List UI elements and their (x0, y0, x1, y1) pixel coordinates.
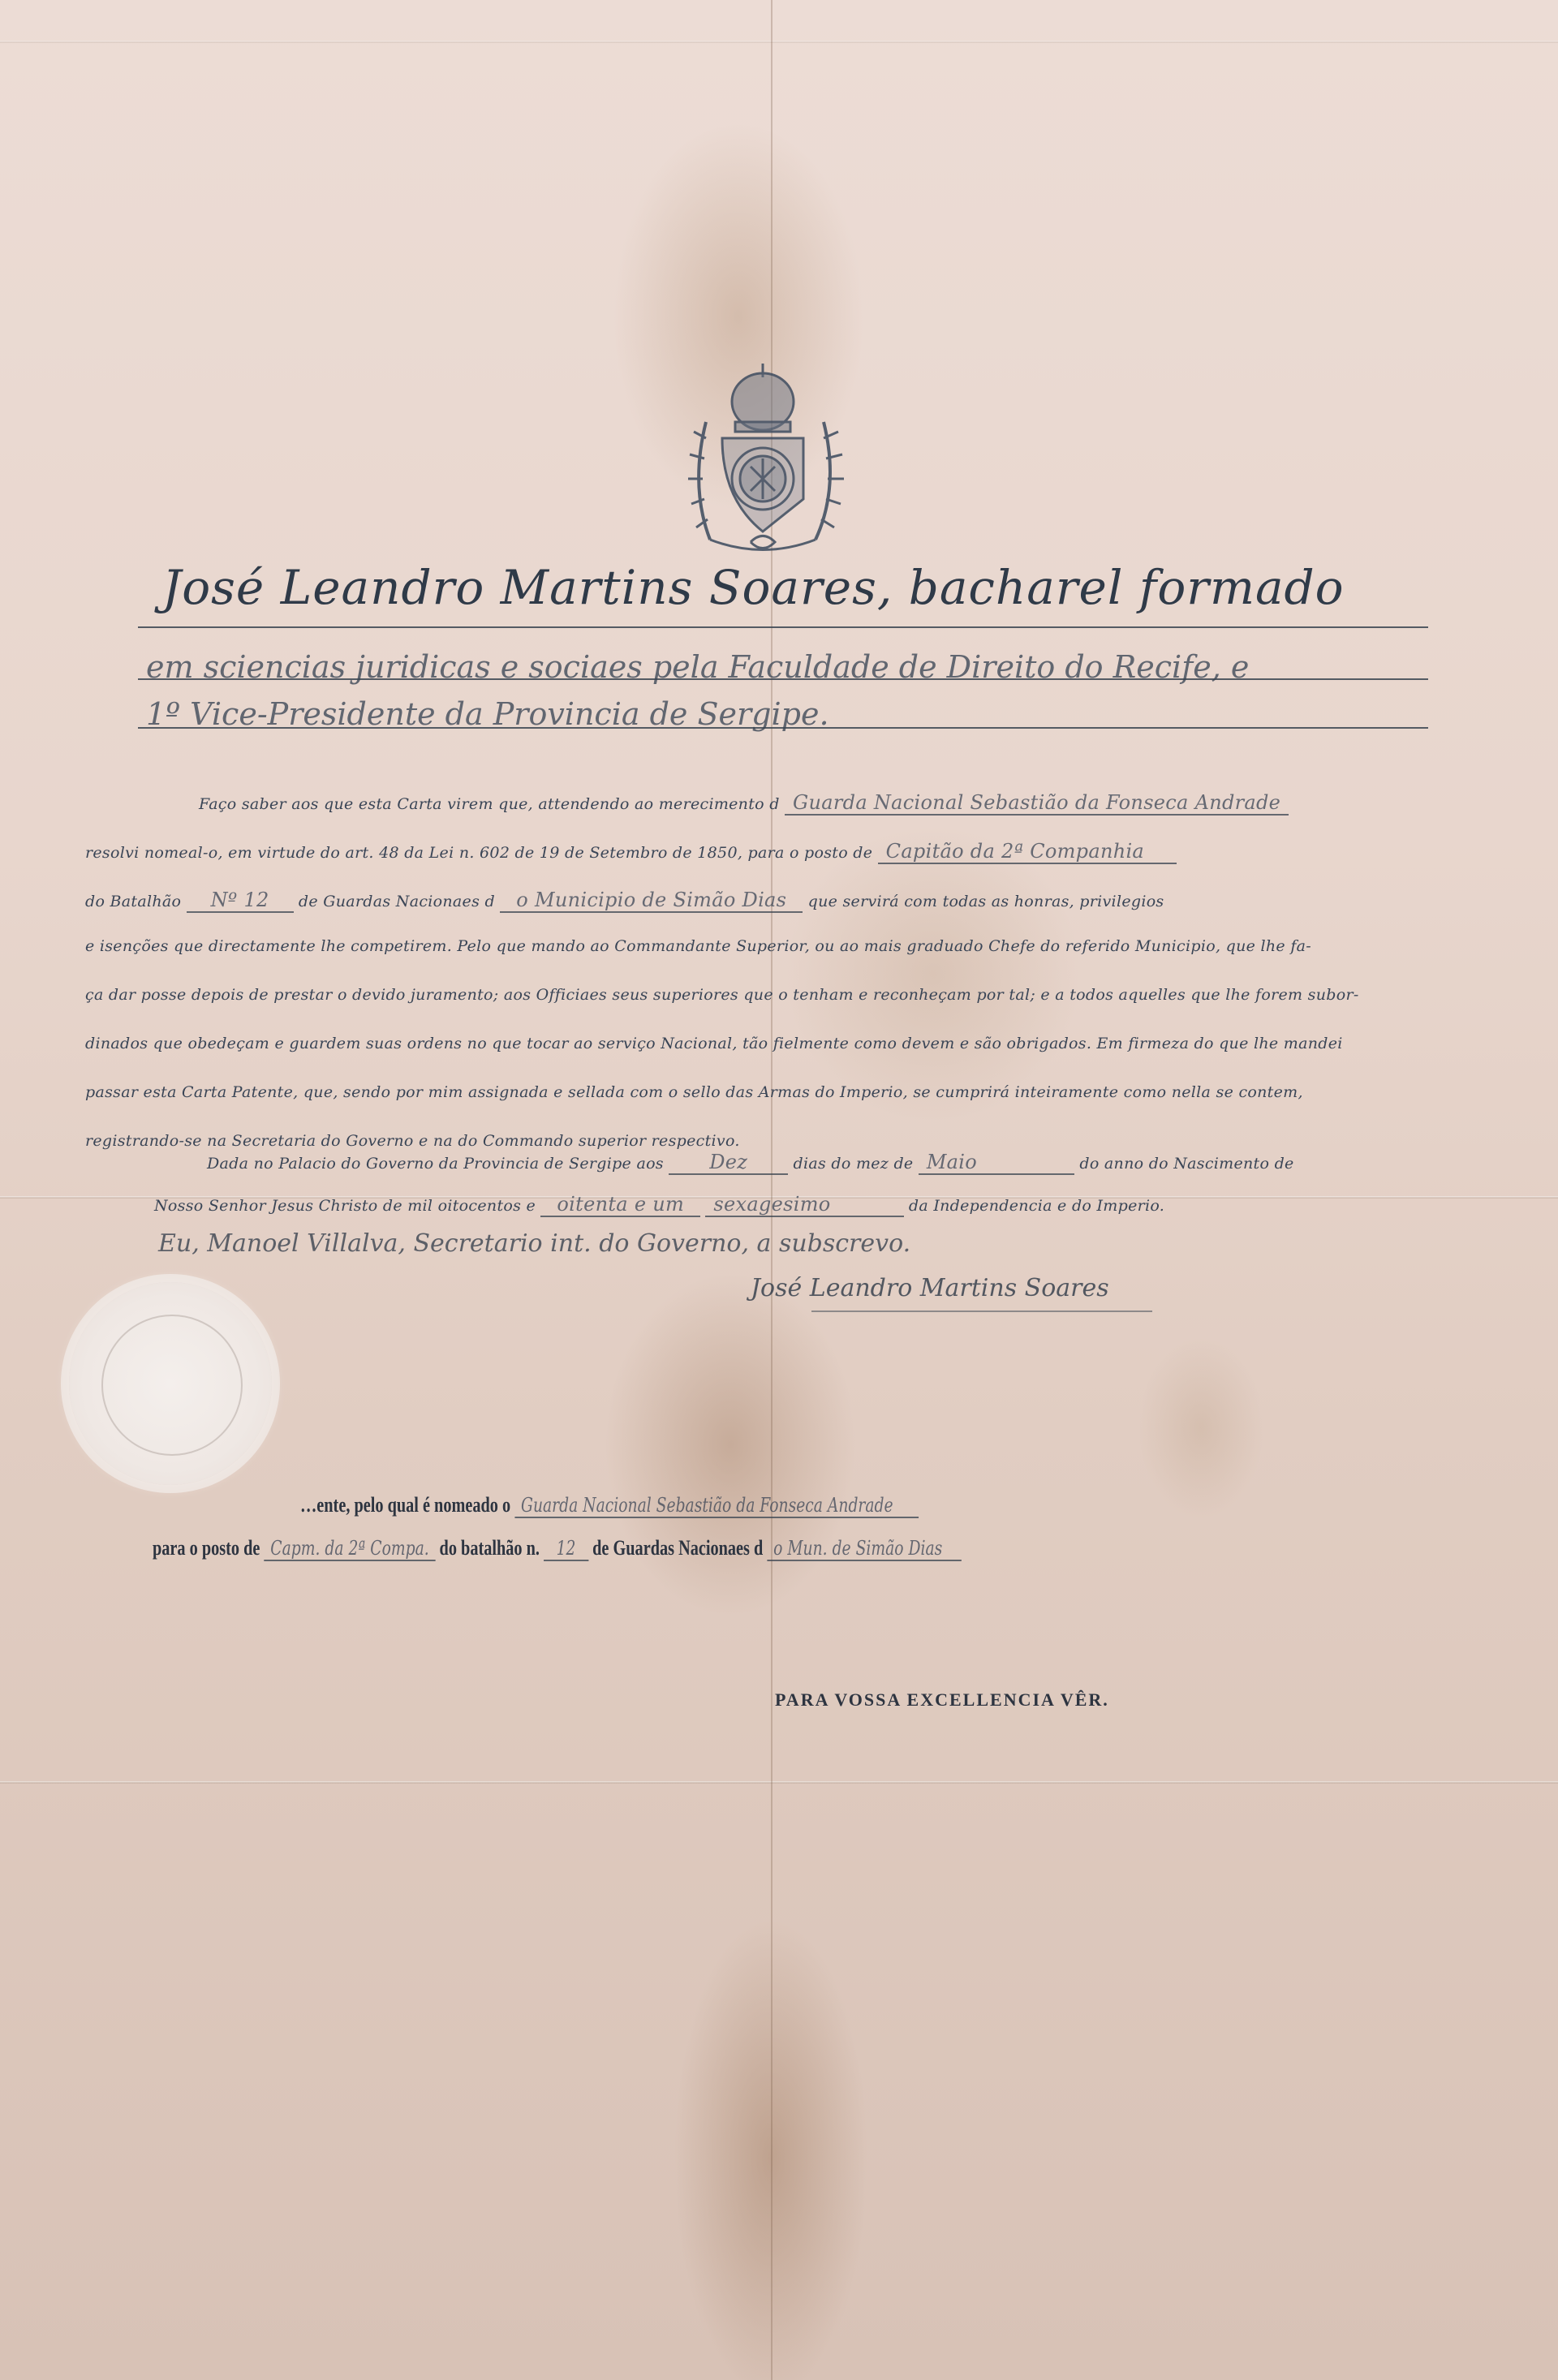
printed-text: do Batalhão (85, 893, 181, 910)
printed-text: resolvi nomeal-o, em virtude do art. 48 … (85, 844, 872, 862)
appointee-name-field: Guarda Nacional Sebastião da Fonseca And… (785, 791, 1289, 816)
printed-text: do anno do Nascimento de (1079, 1155, 1293, 1173)
printed-text: …ente, pelo qual é nomeado o (300, 1493, 510, 1517)
day-field: Dez (669, 1151, 788, 1175)
clerk-subscription: Eu, Manoel Villalva, Secretario int. do … (158, 1229, 910, 1258)
header-rule (138, 727, 1428, 729)
year-field: oitenta e um (540, 1193, 700, 1217)
signature-flourish (811, 1311, 1152, 1312)
horizontal-fold-crease (0, 1781, 1558, 1784)
stub-appointee-field: Guarda Nacional Sebastião da Fonseca And… (514, 1494, 919, 1518)
header-rule (138, 626, 1428, 628)
printed-text: Nosso Senhor Jesus Christo de mil oitoce… (154, 1197, 536, 1215)
body-line-3: do Batalhão Nº 12 de Guardas Nacionaes d… (85, 889, 1164, 911)
printed-text: para o posto de (153, 1536, 260, 1560)
rank-field: Capitão da 2ª Companhia (878, 840, 1177, 864)
dating-line-1: Dada no Palacio do Governo da Provincia … (207, 1151, 1294, 1173)
month-field: Maio (919, 1151, 1074, 1175)
printed-text: da Independencia e do Imperio. (909, 1197, 1164, 1215)
dating-line-2: Nosso Senhor Jesus Christo de mil oitoce… (154, 1193, 1164, 1216)
body-line-1: Faço saber aos que esta Carta virem que,… (199, 791, 1289, 814)
body-line-4: e isenções que directamente lhe competir… (85, 937, 1311, 955)
body-line-5: ça dar posse depois de prestar o devido … (85, 986, 1359, 1004)
stub-municipality-field: o Mun. de Simão Dias (767, 1537, 961, 1561)
printed-text: Dada no Palacio do Governo da Provincia … (207, 1155, 664, 1173)
body-line-7: passar esta Carta Patente, que, sendo po… (85, 1083, 1303, 1101)
printed-text: do batalhão n. (440, 1536, 540, 1560)
stub-line-2: para o posto de Capm. da 2ª Compa. do ba… (153, 1536, 962, 1560)
brazil-imperial-coat-of-arms-icon (674, 357, 852, 560)
battalion-number-field: Nº 12 (187, 889, 294, 913)
body-line-8: registrando-se na Secretaria do Governo … (85, 1132, 740, 1150)
footer-caption: PARA VOSSA EXCELLENCIA VÊR. (775, 1689, 1109, 1711)
printed-text: de Guardas Nacionaes d (592, 1536, 763, 1560)
stub-line-1: …ente, pelo qual é nomeado o Guarda Naci… (300, 1493, 919, 1517)
body-line-2: resolvi nomeal-o, em virtude do art. 48 … (85, 840, 1177, 863)
header-name-line: José Leandro Martins Soares, bacharel fo… (162, 560, 1345, 615)
signature: José Leandro Martins Soares (751, 1274, 1109, 1302)
printed-text: de Guardas Nacionaes d (299, 893, 495, 910)
seal-ring (101, 1315, 243, 1456)
municipality-field: o Municipio de Simão Dias (500, 889, 803, 913)
independence-year-field: sexagesimo (705, 1193, 903, 1217)
printed-text: Faço saber aos que esta Carta virem que,… (199, 795, 780, 813)
horizontal-fold-crease (0, 41, 1558, 43)
printed-text: que servirá com todas as honras, privile… (808, 893, 1164, 910)
header-rule (138, 678, 1428, 680)
embossed-imperial-seal-icon (69, 1282, 272, 1485)
stub-battalion-field: 12 (544, 1537, 588, 1561)
stub-rank-field: Capm. da 2ª Compa. (264, 1537, 435, 1561)
body-line-6: dinados que obedeçam e guardem suas orde… (85, 1035, 1343, 1052)
printed-text: dias do mez de (794, 1155, 914, 1173)
